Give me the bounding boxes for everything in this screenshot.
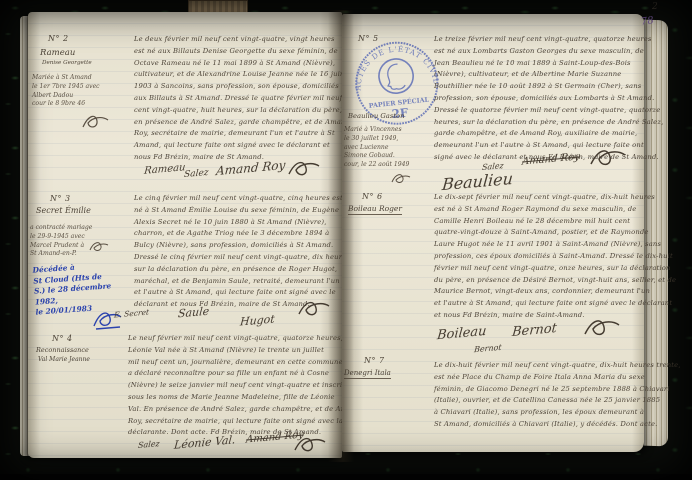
folio-number-ink: 2 bbox=[652, 2, 658, 12]
paraph-flourish-icon bbox=[80, 112, 110, 132]
entry-3-margin-name: Secret Émilie bbox=[36, 206, 91, 215]
left-page: N° 2 Rameau Denise Georgette Mariée à St… bbox=[28, 12, 342, 458]
entry-6-number: N° 6 bbox=[362, 192, 383, 201]
entry-4-number: N° 4 bbox=[52, 334, 73, 343]
paraph-flourish-icon bbox=[88, 240, 110, 254]
entry-3-signature-witness1: Saule bbox=[177, 305, 209, 321]
entry-3-marginal-note: a contracté mariagele 29-9-1945 avecMarc… bbox=[30, 224, 132, 259]
entry-6-signature-declarant: Boileau bbox=[436, 324, 487, 343]
entry-4-act-type: Reconnaissance bbox=[36, 346, 89, 354]
entry-2-marginal-note: Mariée à St Amandle 1er 7bre 1945 avecAl… bbox=[32, 74, 132, 109]
folio-number-pencil: 78 bbox=[640, 15, 654, 28]
entry-7-number: N° 7 bbox=[364, 356, 385, 365]
entry-4-signature-witness1: Salez bbox=[138, 439, 160, 450]
entry-2-margin-firstnames: Denise Georgette bbox=[42, 60, 92, 66]
maire-paraph-icon bbox=[292, 434, 328, 456]
maire-paraph-icon bbox=[296, 298, 332, 320]
entry-4-body: Le neuf février mil neuf cent vingt-quat… bbox=[128, 333, 338, 439]
entry-5-body: Le treize février mil neuf cent vingt-qu… bbox=[434, 34, 640, 164]
entry-3-signature-declarant: E. Secret bbox=[114, 307, 150, 319]
maire-paraph-icon bbox=[582, 316, 622, 340]
paraph-flourish-icon bbox=[390, 172, 412, 186]
svg-text:ACTES DE L'ÉTAT CIVIL: ACTES DE L'ÉTAT CIVIL bbox=[349, 40, 441, 93]
maire-paraph-icon bbox=[588, 146, 628, 170]
entry-4-margin-name: Val Marie Jeanne bbox=[38, 356, 90, 363]
entry-6-signature-witness2: Bernot bbox=[474, 343, 502, 355]
entry-5-marginal-note: Marié à Vincennesle 30 juillet 1949,avec… bbox=[344, 126, 440, 170]
entry-7-body: Le dix-huit février mil neuf cent vingt-… bbox=[434, 360, 640, 431]
entry-6-body: Le dix-sept février mil neuf cent vingt-… bbox=[434, 192, 640, 322]
entry-2-signature-witness1: Salez bbox=[184, 168, 209, 180]
marianne-head-icon bbox=[386, 63, 406, 90]
entry-2-body: Le deux février mil neuf cent vingt-quat… bbox=[134, 34, 340, 164]
entry-2-margin-name: Rameau bbox=[40, 48, 75, 58]
maire-paraph-icon bbox=[286, 158, 322, 180]
stamp-arc-text: ACTES DE L'ÉTAT CIVIL bbox=[349, 40, 441, 93]
right-page: N° 5 ACTES DE L'ÉTAT CIVIL PAPIER SPÉCIA… bbox=[342, 14, 644, 452]
entry-3-body: Le cinq février mil neuf cent vingt-quat… bbox=[134, 193, 340, 311]
entry-7-margin-name: Denegri Itala bbox=[344, 369, 391, 379]
entry-3-number: N° 3 bbox=[50, 194, 71, 203]
entry-6-margin-name: Boileau Roger bbox=[348, 204, 402, 215]
entry-3-signature-witness2: Hugot bbox=[239, 312, 275, 328]
entry-5-margin-name: Beaulieu Gaston bbox=[348, 112, 405, 120]
register-scan: N° 2 Rameau Denise Georgette Mariée à St… bbox=[0, 0, 692, 480]
entry-5-signature-declarant: Beaulieu bbox=[441, 169, 513, 194]
entry-6-signature-witness1: Bernot bbox=[511, 321, 557, 340]
entry-2-signature-declarant: Rameau bbox=[144, 162, 186, 177]
entry-2-number: N° 2 bbox=[48, 34, 69, 43]
